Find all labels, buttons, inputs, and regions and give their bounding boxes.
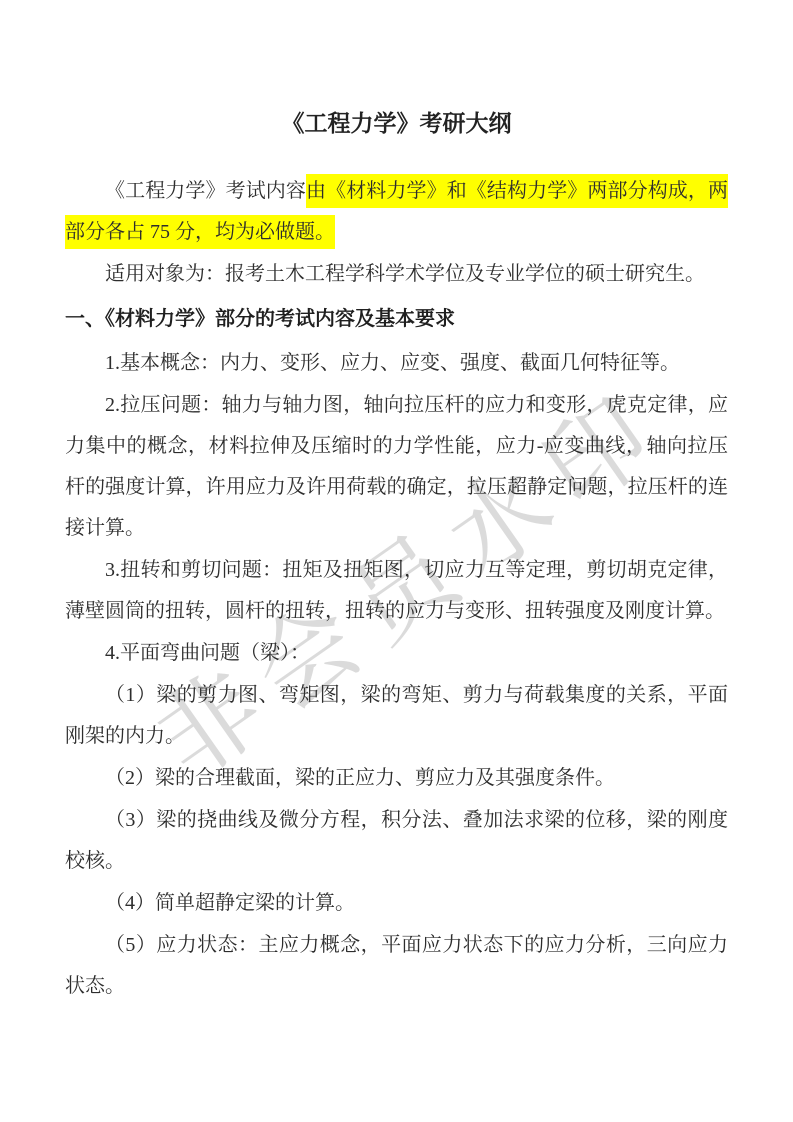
syllabus-subitem-1: （1）梁的剪力图、弯矩图，梁的弯矩、剪力与荷载集度的关系，平面刚架的内力。 [65,675,728,757]
page-title: 《工程力学》考研大纲 [65,106,728,140]
syllabus-subitem-5: （5）应力状态：主应力概念，平面应力状态下的应力分析，三向应力状态。 [65,925,728,1007]
document-content: 《工程力学》考研大纲 《工程力学》考试内容由《材料力学》和《结构力学》两部分构成… [65,106,728,1008]
section1-heading: 一、《材料力学》部分的考试内容及基本要求 [65,299,728,340]
syllabus-item-tension-compression: 2.拉压问题：轴力与轴力图，轴向拉压杆的应力和变形，虎克定律，应力集中的概念，材… [65,385,728,549]
syllabus-item-plane-bending: 4.平面弯曲问题（梁）： [65,633,728,674]
intro-paragraph: 《工程力学》考试内容由《材料力学》和《结构力学》两部分构成，两部分各占 75 分… [65,171,728,253]
document-page: 非会员水印 《工程力学》考研大纲 《工程力学》考试内容由《材料力学》和《结构力学… [0,0,793,1122]
audience-paragraph: 适用对象为：报考土木工程学科学术学位及专业学位的硕士研究生。 [65,254,728,295]
syllabus-subitem-2: （2）梁的合理截面，梁的正应力、剪应力及其强度条件。 [65,758,728,799]
syllabus-subitem-3: （3）梁的挠曲线及微分方程，积分法、叠加法求梁的位移，梁的刚度校核。 [65,800,728,882]
syllabus-item-torsion-shear: 3.扭转和剪切问题：扭矩及扭矩图，切应力互等定理，剪切胡克定律，薄壁圆筒的扭转，… [65,550,728,632]
syllabus-item-basic-concepts: 1.基本概念：内力、变形、应力、应变、强度、截面几何特征等。 [65,343,728,384]
syllabus-subitem-4: （4）简单超静定梁的计算。 [65,883,728,924]
intro-text: 《工程力学》考试内容 [105,180,306,202]
